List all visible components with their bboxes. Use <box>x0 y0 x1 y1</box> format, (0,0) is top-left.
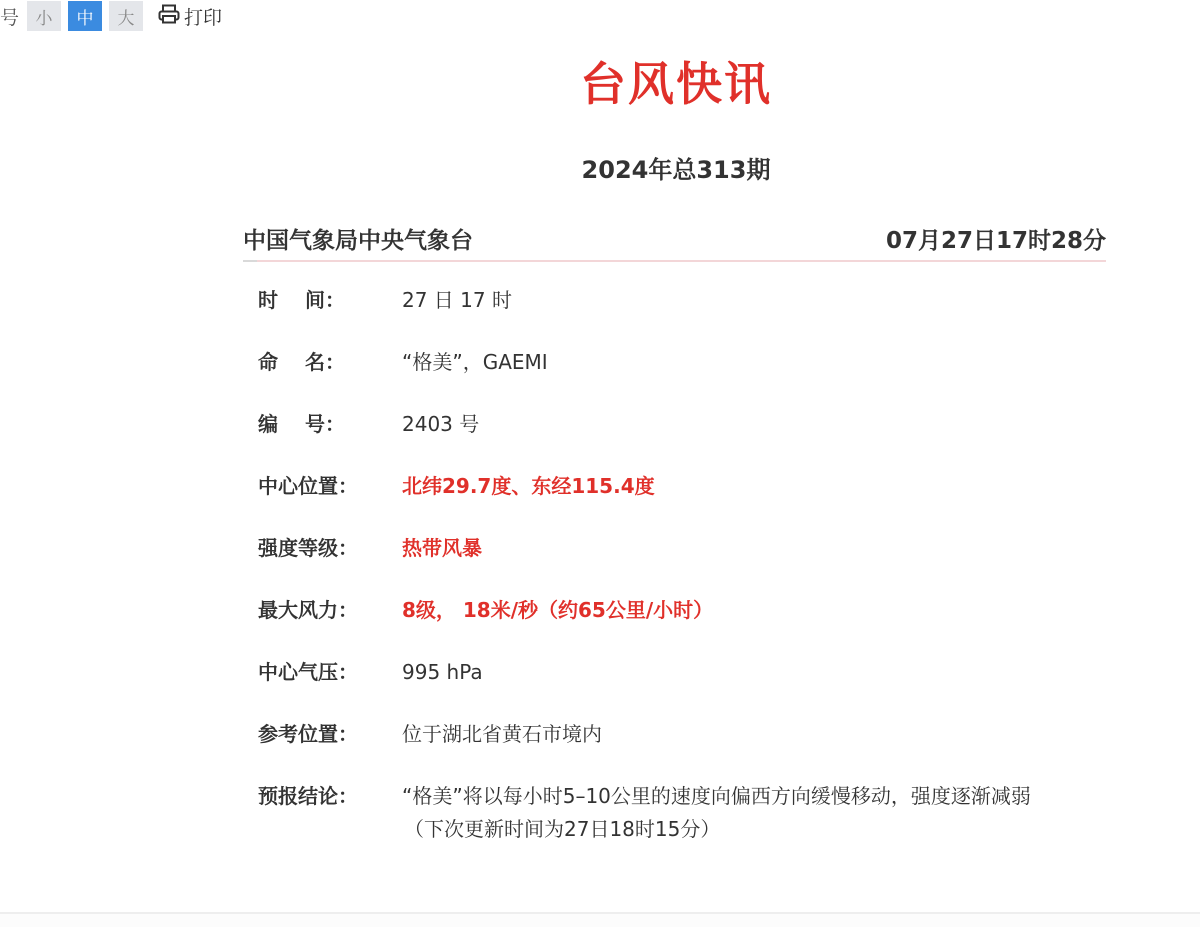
detail-label: 命 名： <box>258 346 402 378</box>
detail-value: 热带风暴 <box>402 532 482 564</box>
detail-value: 995 hPa <box>402 656 483 688</box>
print-button[interactable]: 打印 <box>158 3 222 30</box>
source-agency: 中国气象局中央气象台 <box>243 222 473 255</box>
detail-label: 中心气压： <box>258 656 402 688</box>
detail-label: 强度等级： <box>258 532 402 564</box>
font-size-toolbar: 号 小 中 大 打印 <box>0 0 222 32</box>
detail-value: “格美”，GAEMI <box>402 346 548 378</box>
detail-value: 2403 号 <box>402 408 479 440</box>
detail-row-number: 编 号： 2403 号 <box>258 408 1098 440</box>
typhoon-details: 时 间： 27 日 17 时 命 名： “格美”，GAEMI 编 号： 2403… <box>258 284 1098 876</box>
detail-value: 27 日 17 时 <box>402 284 512 316</box>
detail-row-center-position: 中心位置： 北纬29.7度、东经115.4度 <box>258 470 1098 502</box>
forecast-block: “格美”将以每小时5–10公里的速度向偏西方向缓慢移动，强度逐渐减弱 （下次更新… <box>402 780 1082 846</box>
detail-row-name: 命 名： “格美”，GAEMI <box>258 346 1098 378</box>
detail-label: 中心位置： <box>258 470 402 502</box>
footer <box>0 914 1200 927</box>
detail-row-time: 时 间： 27 日 17 时 <box>258 284 1098 316</box>
print-label: 打印 <box>184 3 222 30</box>
article-meta: 中国气象局中央气象台 07月27日17时28分 <box>243 218 1106 258</box>
detail-value: 位于湖北省黄石市境内 <box>402 718 602 750</box>
detail-row-intensity: 强度等级： 热带风暴 <box>258 532 1098 564</box>
detail-label: 最大风力： <box>258 594 402 626</box>
font-size-label: 号 <box>0 3 19 30</box>
detail-value: 北纬29.7度、东经115.4度 <box>402 470 655 502</box>
page-title: 台风快讯 <box>0 48 1200 114</box>
detail-row-forecast: 预报结论： “格美”将以每小时5–10公里的速度向偏西方向缓慢移动，强度逐渐减弱… <box>258 780 1098 846</box>
issue-number: 2024年总313期 <box>0 150 1200 185</box>
detail-label: 预报结论： <box>258 780 402 846</box>
detail-label: 时 间： <box>258 284 402 316</box>
publish-time: 07月27日17时28分 <box>886 222 1106 255</box>
printer-icon <box>158 4 184 29</box>
detail-row-reference-location: 参考位置： 位于湖北省黄石市境内 <box>258 718 1098 750</box>
font-size-large-button[interactable]: 大 <box>109 1 143 31</box>
detail-value: 8级， 18米/秒（约65公里/小时） <box>402 594 713 626</box>
detail-label: 参考位置： <box>258 718 402 750</box>
detail-value: “格美”将以每小时5–10公里的速度向偏西方向缓慢移动，强度逐渐减弱 <box>402 784 1031 808</box>
font-size-small-button[interactable]: 小 <box>27 1 61 31</box>
detail-row-max-wind: 最大风力： 8级， 18米/秒（约65公里/小时） <box>258 594 1098 626</box>
font-size-medium-button[interactable]: 中 <box>68 1 102 31</box>
detail-label: 编 号： <box>258 408 402 440</box>
header-divider <box>243 260 1106 262</box>
next-update-note: （下次更新时间为27日18时15分） <box>402 813 1082 846</box>
detail-row-pressure: 中心气压： 995 hPa <box>258 656 1098 688</box>
